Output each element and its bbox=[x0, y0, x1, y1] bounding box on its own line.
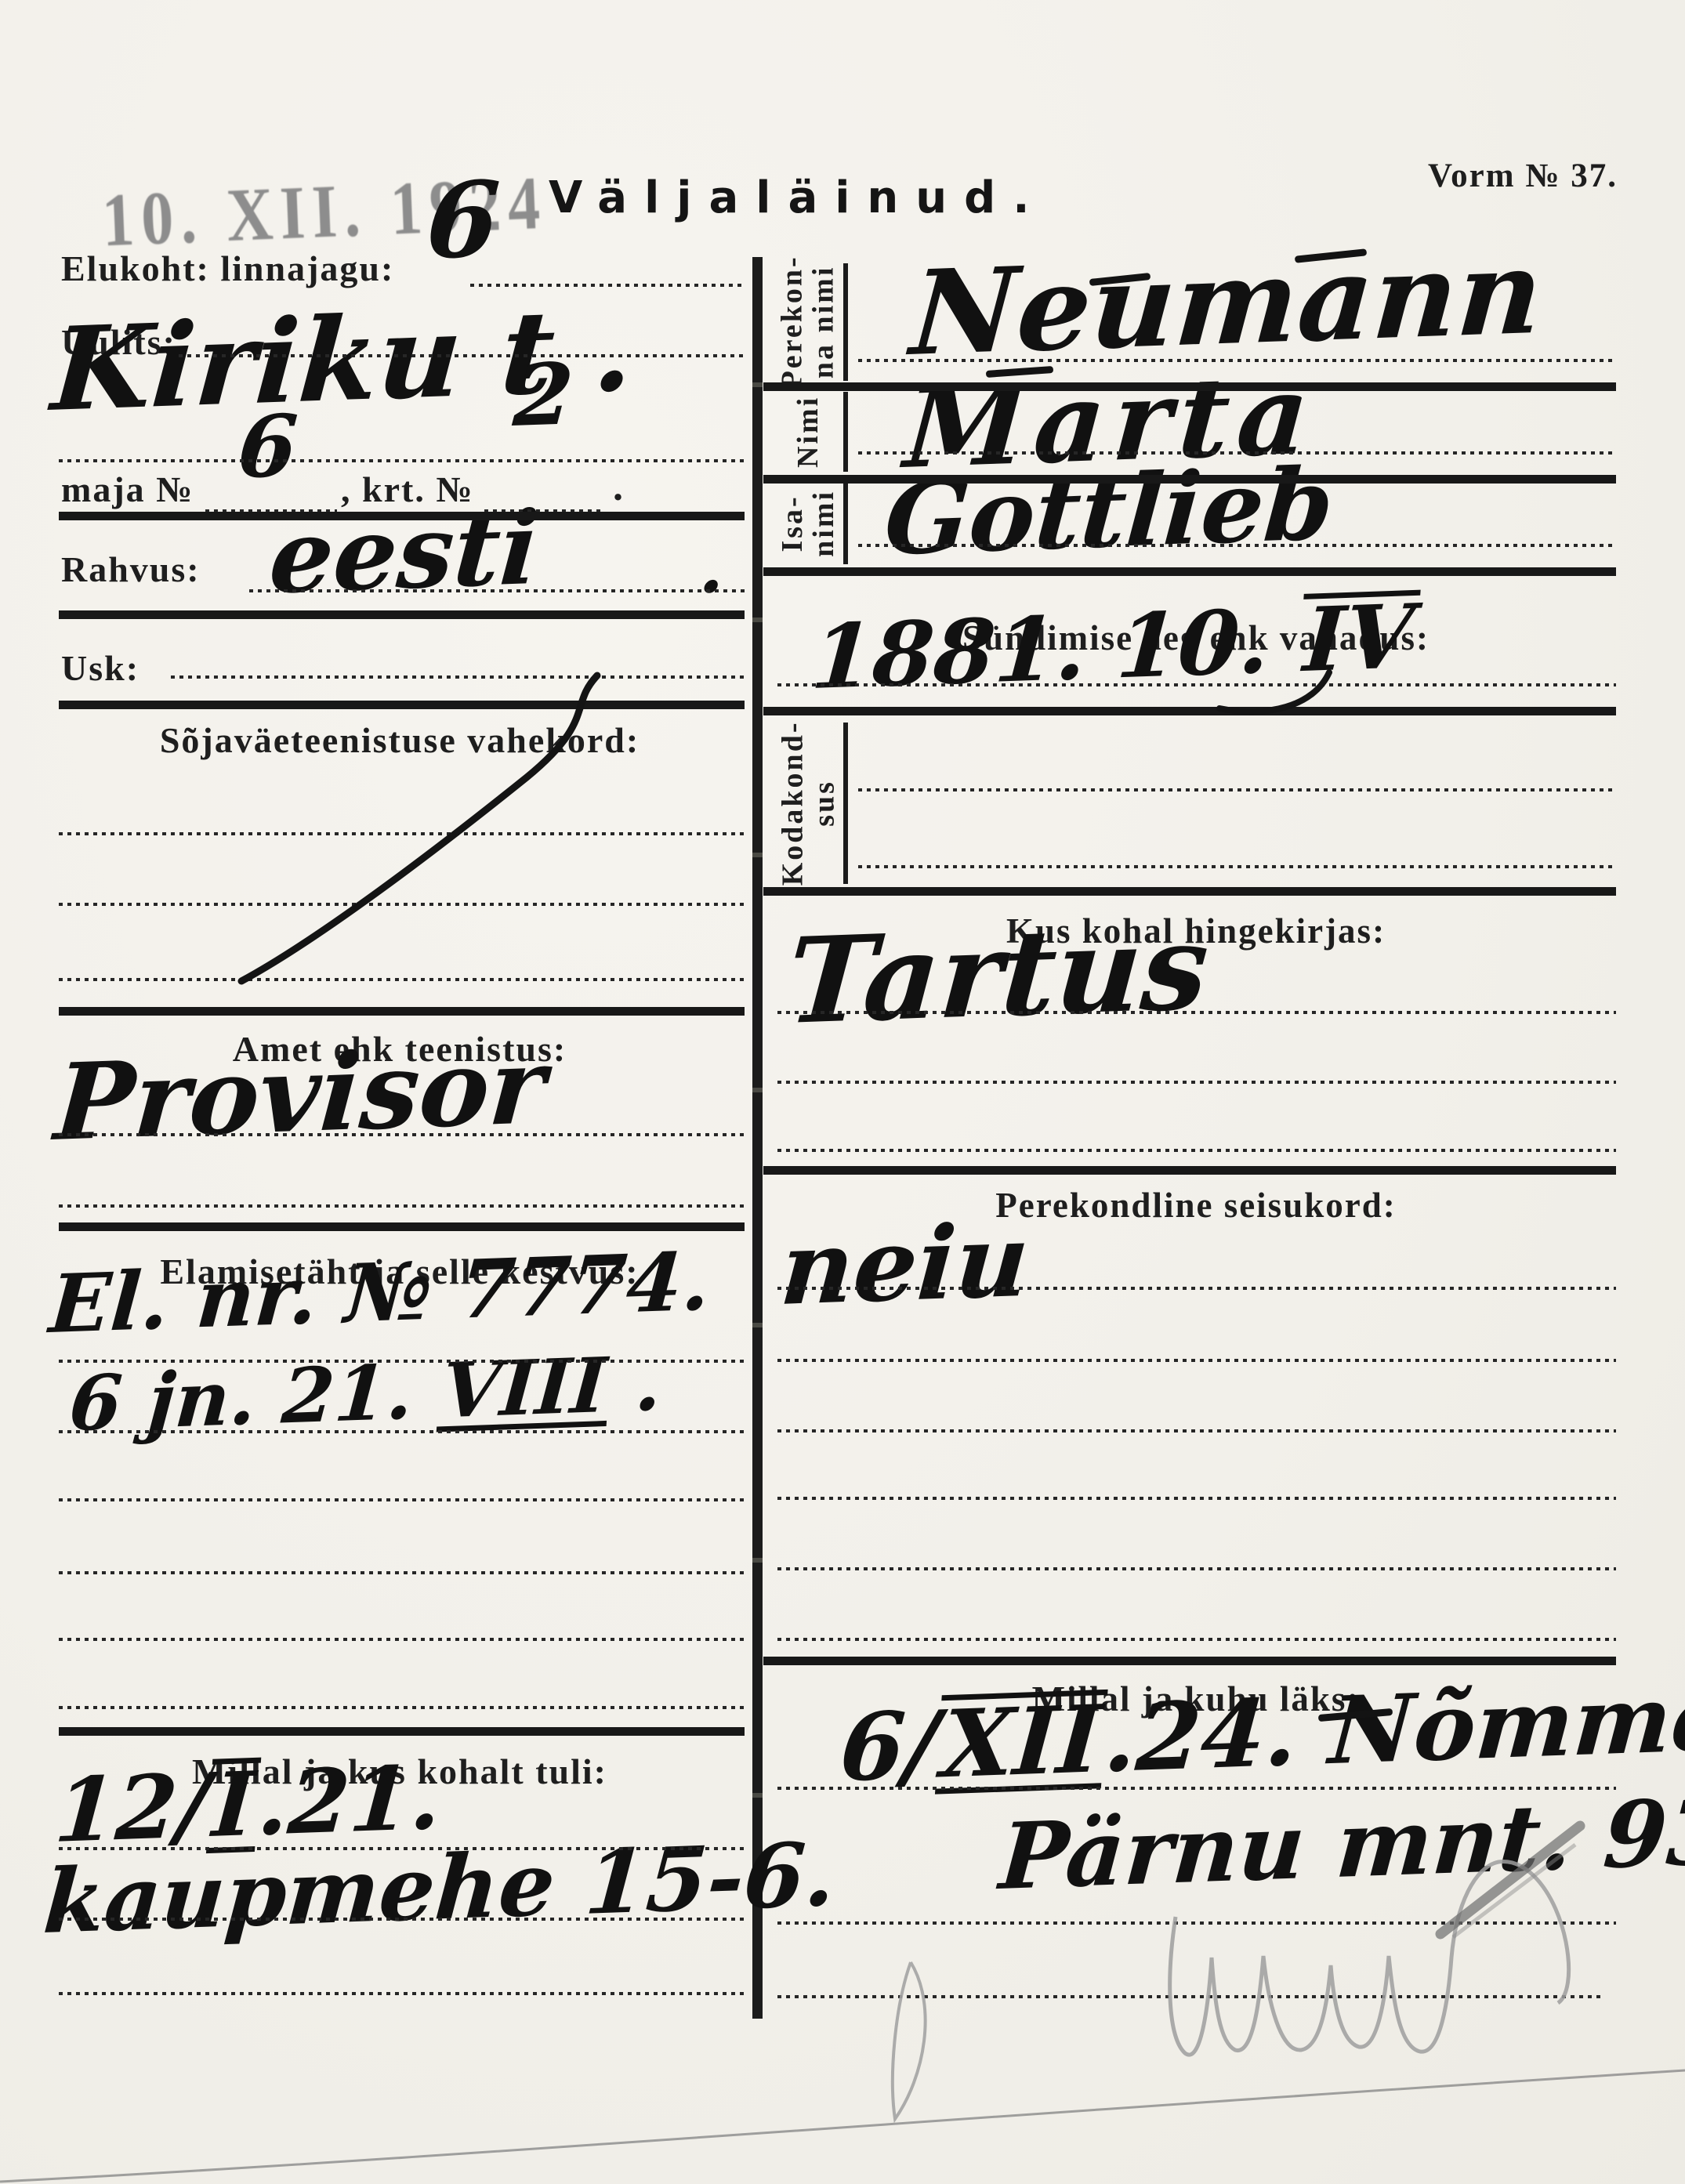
dotted-line bbox=[777, 1567, 1616, 1570]
kodakondsus-label-line2: sus bbox=[809, 721, 840, 886]
field-label-rahvus: Rahvus: bbox=[61, 549, 201, 590]
section-rule bbox=[763, 887, 1616, 896]
dotted-line bbox=[777, 1011, 1616, 1014]
dotted-line bbox=[59, 903, 745, 906]
section-rule bbox=[763, 1657, 1616, 1665]
dotted-line bbox=[858, 544, 1616, 547]
form-title: Väljaläinud. bbox=[549, 172, 1047, 223]
vertical-label-nimi: Nimi bbox=[765, 392, 853, 472]
dotted-line bbox=[858, 451, 1616, 455]
label-separator-line bbox=[843, 483, 848, 564]
section-rule bbox=[763, 567, 1616, 576]
dotted-line bbox=[858, 359, 1616, 362]
kodakondsus-label-line1: Kodakond- bbox=[777, 721, 809, 886]
section-rule bbox=[763, 707, 1616, 715]
dotted-line bbox=[858, 865, 1616, 868]
dotted-line bbox=[777, 1787, 1616, 1790]
printed-period: . bbox=[613, 464, 625, 510]
dotted-line bbox=[59, 1918, 745, 1921]
handwritten-period-rahvus: . bbox=[698, 532, 727, 603]
field-value-krt-number: 2 bbox=[511, 352, 576, 439]
field-value-isanimi: Gottlieb bbox=[882, 455, 1337, 569]
field-label-elukoht: Elukoht: linnajagu: bbox=[61, 248, 394, 289]
nimi-label: Nimi bbox=[793, 396, 824, 468]
section-rule bbox=[59, 1222, 745, 1231]
field-label-usk: Usk: bbox=[61, 647, 140, 689]
vertical-label-kodakondsus: Kodakond-sus bbox=[765, 723, 853, 884]
isanimi-label-line1: Isa- bbox=[777, 490, 809, 557]
perekonnanimi-label-line2: na nimi bbox=[809, 255, 840, 389]
isanimi-label-line2: nimi bbox=[809, 490, 840, 557]
field-value-seisukord: neiu bbox=[777, 1211, 1032, 1320]
section-rule bbox=[59, 1007, 745, 1016]
dotted-line bbox=[777, 683, 1616, 686]
dotted-line bbox=[59, 1706, 745, 1709]
roman-numeral-i: I bbox=[206, 1758, 262, 1854]
elamisetaht-2-suffix: . bbox=[607, 1338, 665, 1429]
handwritten-number: 6 bbox=[423, 168, 502, 274]
section-rule bbox=[59, 701, 745, 709]
dotted-line bbox=[179, 354, 745, 357]
section-rule bbox=[763, 382, 1616, 391]
form-number: Vorm № 37. bbox=[1428, 157, 1618, 195]
section-rule bbox=[59, 610, 745, 619]
dotted-line bbox=[59, 459, 745, 462]
column-divider bbox=[752, 257, 763, 2019]
dotted-line bbox=[470, 284, 745, 287]
field-value-hingekiri: Tartus bbox=[784, 908, 1212, 1041]
dotted-line bbox=[59, 1992, 745, 1995]
dotted-line bbox=[858, 788, 1616, 791]
roman-numeral-iv: IV bbox=[1297, 590, 1420, 683]
field-value-amet: Provisor bbox=[52, 1033, 549, 1155]
section-rule bbox=[763, 1166, 1616, 1175]
dotted-line bbox=[777, 1638, 1616, 1641]
section-rule bbox=[763, 475, 1616, 484]
label-separator-line bbox=[843, 392, 848, 472]
dotted-line bbox=[59, 1847, 745, 1850]
dotted-line bbox=[777, 1995, 1600, 1998]
dotted-line bbox=[59, 1571, 745, 1574]
field-value-millal-laks-2: Pärnu mnt. 93. bbox=[997, 1785, 1685, 1903]
dotted-line bbox=[777, 1359, 1616, 1362]
dotted-line bbox=[777, 1287, 1616, 1290]
dotted-line bbox=[171, 675, 745, 679]
label-separator-line bbox=[843, 263, 848, 381]
field-value-perekonnanimi: Neumann bbox=[908, 233, 1546, 371]
dotted-line bbox=[777, 1081, 1616, 1084]
dotted-line bbox=[777, 1429, 1616, 1432]
dotted-line bbox=[59, 1360, 745, 1363]
scan-edge-line bbox=[0, 2070, 1685, 2182]
millal-laks-prefix: 6/ bbox=[837, 1690, 943, 1802]
vertical-label-isanimi: Isa-nimi bbox=[765, 483, 853, 564]
section-rule bbox=[59, 512, 745, 520]
section-label-sojavaeteenistus: Sõjaväeteenistuse vahekord: bbox=[59, 719, 741, 761]
perekonnanimi-label-line1: Perekon- bbox=[777, 255, 809, 389]
roman-numeral-xii: XII bbox=[935, 1690, 1108, 1795]
dotted-line bbox=[59, 1498, 745, 1501]
dotted-line bbox=[59, 1638, 745, 1641]
field-label-maja: maja № bbox=[61, 469, 194, 510]
section-rule bbox=[59, 1727, 745, 1736]
pencil-mark-j bbox=[893, 1962, 926, 2119]
registration-card-scan: 10. XII. 1924 6 Väljaläinud. Vorm № 37. … bbox=[0, 0, 1685, 2184]
dotted-line bbox=[59, 1133, 745, 1136]
dotted-line bbox=[59, 978, 745, 981]
dotted-line bbox=[777, 1497, 1616, 1500]
dotted-line bbox=[249, 589, 745, 592]
sundimine-prefix: 1881. 10. bbox=[808, 589, 1303, 709]
dotted-line bbox=[59, 1204, 745, 1208]
field-value-maja-number: 6 bbox=[235, 404, 300, 491]
field-value-elamisetaht-1: El. nr. № 7774. bbox=[47, 1241, 713, 1345]
dotted-line bbox=[59, 832, 745, 835]
vertical-label-perekonnanimi: Perekon-na nimi bbox=[765, 263, 853, 381]
dotted-line bbox=[59, 1430, 745, 1433]
dotted-line bbox=[777, 1149, 1616, 1152]
label-separator-line bbox=[843, 723, 848, 884]
dotted-line bbox=[777, 1921, 1616, 1925]
